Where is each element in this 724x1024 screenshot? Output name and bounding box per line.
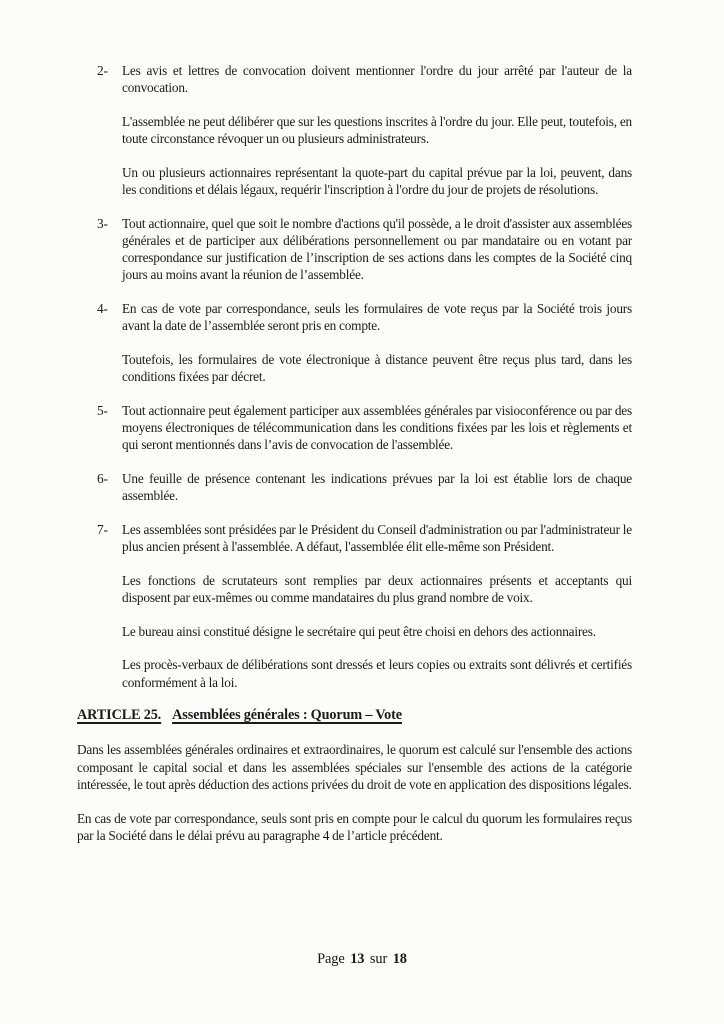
list-item-6: 6- Une feuille de présence contenant les… [77,470,632,521]
item-number: 2- [77,62,122,79]
paragraph: Les fonctions de scrutateurs sont rempli… [122,572,632,606]
footer-total-pages: 18 [393,951,407,967]
footer-page-number: 13 [350,951,364,967]
item-body: Les avis et lettres de convocation doive… [122,62,632,215]
paragraph: Toutefois, les formulaires de vote élect… [122,351,632,385]
footer-separator: sur [370,951,387,967]
list-item-3: 3- Tout actionnaire, quel que soit le no… [77,215,632,300]
paragraph: Une feuille de présence contenant les in… [122,470,632,504]
document-page: 2- Les avis et lettres de convocation do… [0,0,724,1024]
article-heading: ARTICLE 25.Assemblées générales : Quorum… [77,707,632,724]
item-number: 7- [77,521,122,538]
item-number: 5- [77,402,122,419]
paragraph: Tout actionnaire, quel que soit le nombr… [122,215,632,284]
paragraph: Tout actionnaire peut également particip… [122,402,632,454]
item-number: 6- [77,470,122,487]
paragraph: Le bureau ainsi constitué désigne le sec… [122,623,632,640]
article-number: ARTICLE 25. [77,707,161,723]
item-body: Une feuille de présence contenant les in… [122,470,632,521]
paragraph: Les assemblées sont présidées par le Pré… [122,521,632,555]
page-content: 2- Les avis et lettres de convocation do… [77,62,632,861]
paragraph: Un ou plusieurs actionnaires représentan… [122,164,632,198]
page-footer: Page 13 sur 18 [0,951,724,968]
list-item-2: 2- Les avis et lettres de convocation do… [77,62,632,215]
paragraph: L'assemblée ne peut délibérer que sur le… [122,113,632,147]
paragraph: Les procès-verbaux de délibérations sont… [122,656,632,690]
article-title: Assemblées générales : Quorum – Vote [172,707,402,723]
item-body: Tout actionnaire, quel que soit le nombr… [122,215,632,300]
list-item-4: 4- En cas de vote par correspondance, se… [77,300,632,402]
footer-page-label: Page [317,951,345,967]
paragraph: Dans les assemblées générales ordinaires… [77,741,632,793]
paragraph: En cas de vote par correspondance, seuls… [77,810,632,844]
paragraph: Les avis et lettres de convocation doive… [122,62,632,96]
item-number: 3- [77,215,122,232]
list-item-5: 5- Tout actionnaire peut également parti… [77,402,632,470]
paragraph: En cas de vote par correspondance, seuls… [122,300,632,334]
item-body: Les assemblées sont présidées par le Pré… [122,521,632,707]
list-item-7: 7- Les assemblées sont présidées par le … [77,521,632,707]
item-body: Tout actionnaire peut également particip… [122,402,632,470]
item-number: 4- [77,300,122,317]
item-body: En cas de vote par correspondance, seuls… [122,300,632,402]
